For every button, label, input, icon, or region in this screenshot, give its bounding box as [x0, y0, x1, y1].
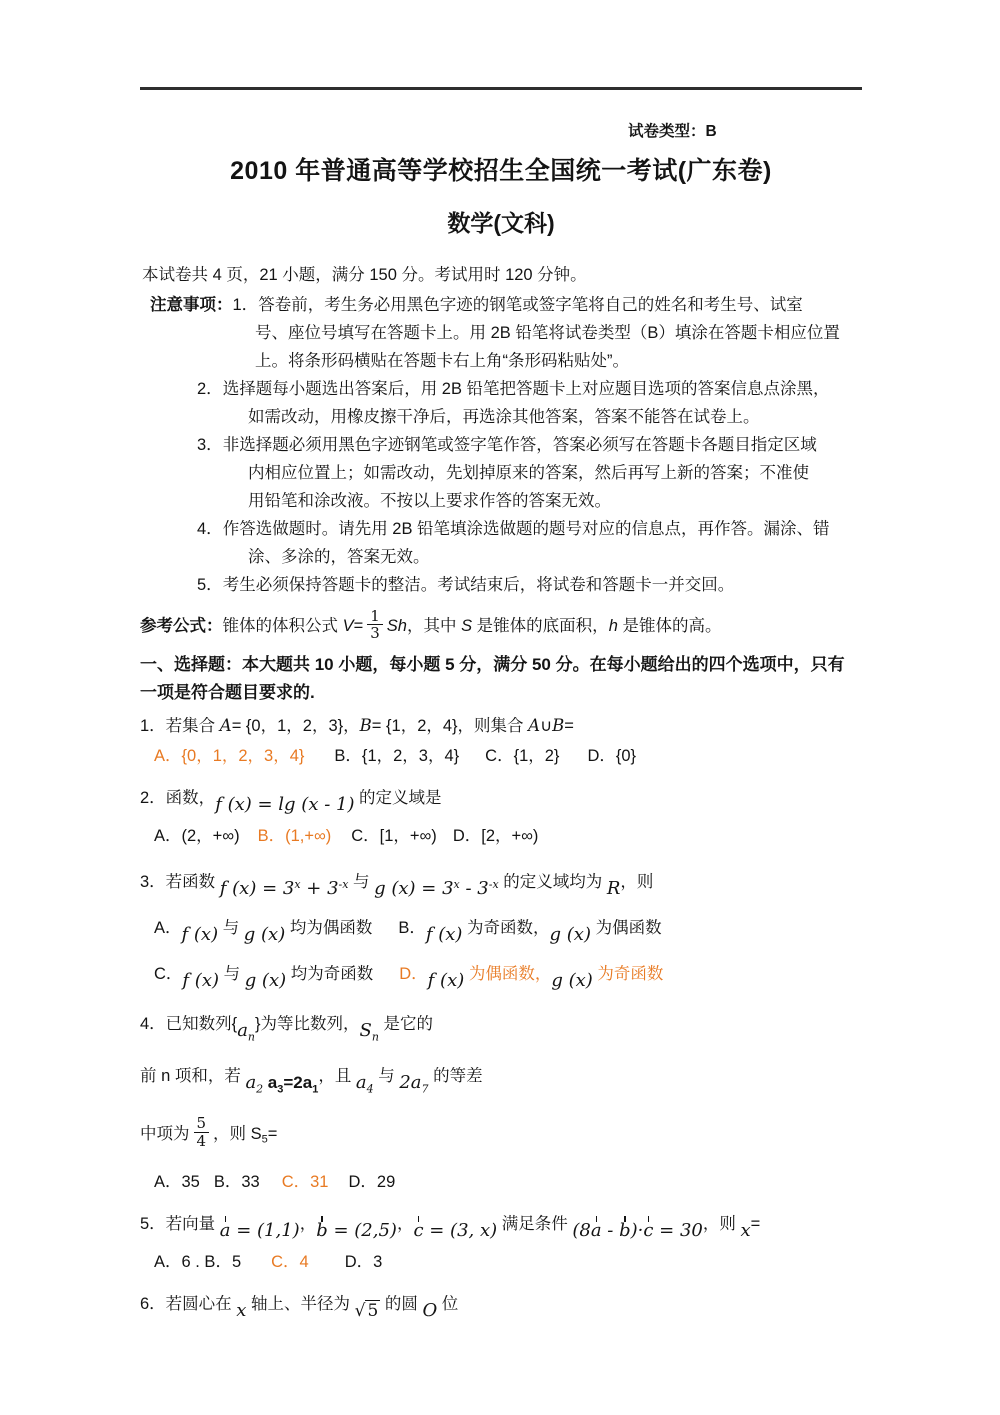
math-fragment: Sn [360, 1020, 379, 1041]
text-fragment: 满足条件 [497, 1215, 572, 1233]
notice-line: 5．考生必须保持答题卡的整洁。考试结束后，将试卷和答题卡一并交回。 [140, 571, 862, 599]
text-fragment: ，则 S5= [213, 1125, 277, 1143]
notice-label: 注意事项： [150, 296, 233, 314]
answer-highlight: D． [399, 965, 427, 983]
question-2: 2．函数，f (x) = lg (x - 1) 的定义域是A．(2，+∞)B．(… [140, 775, 862, 851]
options-row: A．35B．33C．31D．29 [140, 1167, 862, 1197]
notice-line: 4．作答选做题时。请先用 2B 铅笔填涂选做题的题号对应的信息点，再作答。漏涂、… [140, 515, 862, 543]
text-fragment: 为偶函数 [591, 919, 662, 937]
questions-section: 1．若集合 A= {0，1，2，3}，B= {1，2，4}，则集合 A∪B=A．… [140, 711, 862, 1327]
notice-text: 如需改动，用橡皮擦干净后，再选涂其他答案，答案不能答在试卷上。 [248, 408, 760, 426]
notice-line: 如需改动，用橡皮擦干净后，再选涂其他答案，答案不能答在试卷上。 [140, 403, 862, 431]
text-fragment: B． [398, 919, 426, 937]
answer-highlight: 为奇函数 [593, 965, 664, 983]
math-fragment: h [609, 617, 618, 635]
text-fragment: D．{0} [587, 747, 636, 765]
options-row: C．f (x) 与 g (x) 均为奇函数D．f (x) 为偶函数，g (x) … [140, 951, 862, 997]
math-fragment: a = (1,1) [220, 1220, 300, 1241]
notice-line: 用铅笔和涂改液。不按以上要求作答的答案无效。 [140, 487, 862, 515]
vector-arrow-icon: c [413, 1220, 423, 1241]
text-fragment: 轴上、半径为 [246, 1295, 354, 1313]
notice-text: 用铅笔和涂改液。不按以上要求作答的答案无效。 [248, 492, 611, 510]
math-fragment: 2a7 [399, 1072, 428, 1093]
answer-highlight: C．4 [271, 1253, 309, 1271]
math-fragment: x [236, 1300, 246, 1321]
text-fragment: D．[2，+∞) [453, 827, 539, 845]
math-fragment: B [552, 716, 564, 735]
math-fragment: a2 [245, 1072, 263, 1093]
text-fragment: 3．若函数 [140, 873, 220, 891]
math-fragment: a4 [356, 1072, 374, 1093]
text-fragment: = {0，1，2，3}， [232, 717, 360, 735]
question-line: 5．若向量 a = (1,1)，b = (2,5)，c = (3, x) 满足条… [140, 1201, 862, 1247]
fraction: 13 [367, 608, 383, 642]
fraction-numerator: 5 [194, 1115, 210, 1132]
math-fragment: g (x) [550, 924, 591, 945]
exam-document: 试卷类型：B 2010 年普通高等学校招生全国统一考试(广东卷) 数学(文科) … [0, 0, 1000, 1415]
text-fragment: 中项为 [140, 1125, 190, 1143]
math-fragment: A [528, 716, 540, 735]
text-fragment: D．3 [345, 1253, 383, 1271]
math-fragment: f (x) [428, 970, 465, 991]
text-fragment: 2．函数， [140, 789, 215, 807]
text-fragment: = {1，2，4}，则集合 [372, 717, 528, 735]
section-heading-line: 一、选择题：本大题共 10 小题，每小题 5 分，满分 50 分。在每小题给出的… [140, 651, 862, 679]
text-fragment: 5．若向量 [140, 1215, 220, 1233]
text-fragment: A．35 [154, 1173, 200, 1191]
notice-text: 作答选做题时。请先用 2B 铅笔填涂选做题的题号对应的信息点，再作答。漏涂、错 [223, 520, 830, 538]
notice-text: 选择题每小题选出答案后，用 2B 铅笔把答题卡上对应题目选项的答案信息点涂黑， [223, 380, 830, 398]
text-fragment: 均为偶函数 [285, 919, 372, 937]
text-fragment: 的圆 [380, 1295, 422, 1313]
text-fragment: 是锥体的高。 [618, 617, 722, 635]
text-fragment: 1．若集合 [140, 717, 220, 735]
text-fragment: ， [300, 1215, 317, 1233]
notice-text: 涂、多涂的，答案无效。 [248, 548, 430, 566]
vector-arrow-icon: b [619, 1220, 631, 1241]
text-fragment: = [751, 1215, 761, 1233]
notice-text: 上。将条形码横贴在答题卡右上角“条形码粘贴处”。 [255, 352, 629, 370]
question-line: 4．已知数列{an}为等比数列，Sn 是它的 [140, 1001, 862, 1053]
notice-line: 涂、多涂的，答案无效。 [140, 543, 862, 571]
text-fragment: C．[1，+∞) [351, 827, 437, 845]
math-fragment: A [220, 716, 232, 735]
bold-text: 参考公式： [140, 617, 223, 635]
notice-section: 注意事项：1．答卷前，考生务必用黑色字迹的钢笔或签字笔将自己的姓名和考生号、试室… [140, 291, 862, 599]
math-fragment: g (x) [245, 970, 286, 991]
text-fragment: C．{1，2} [485, 747, 559, 765]
text-fragment: 与 [348, 873, 374, 891]
text-fragment: ∪ [540, 717, 552, 735]
math-fragment: B [360, 716, 372, 735]
math-fragment: f (x) = 3x + 3-x [220, 878, 349, 899]
text-fragment: 的等差 [429, 1067, 483, 1085]
notice-item-number: 1． [233, 296, 259, 314]
text-fragment: 的定义域均为 [499, 873, 607, 891]
text-fragment: C． [154, 965, 182, 983]
text-fragment: ，则 [620, 873, 653, 891]
fraction-denominator: 4 [194, 1132, 210, 1150]
vector-arrow-icon: b [316, 1220, 328, 1241]
question-line: 3．若函数 f (x) = 3x + 3-x 与 g (x) = 3x - 3-… [140, 855, 862, 905]
text-fragment: D．29 [349, 1173, 396, 1191]
notice-line: 上。将条形码横贴在答题卡右上角“条形码粘贴处”。 [140, 347, 862, 375]
notice-text: 内相应位置上；如需改动，先划掉原来的答案，然后再写上新的答案；不准使 [248, 464, 809, 482]
question-line: 中项为54，则 S5= [140, 1106, 862, 1167]
math-fragment: S [461, 617, 472, 635]
answer-highlight: 为偶函数， [464, 965, 551, 983]
intro-line: 本试卷共 4 页，21 小题，满分 150 分。考试用时 120 分钟。 [142, 262, 862, 288]
text-fragment: 锥体的体积公式 [223, 617, 343, 635]
paper-type-label: 试卷类型：B [628, 119, 862, 141]
answer-highlight: B．(1,+∞) [258, 827, 332, 845]
question-4: 4．已知数列{an}为等比数列，Sn 是它的前 n 项和，若 a2 a3=2a1… [140, 1001, 862, 1197]
notice-item-number: 3． [197, 436, 223, 454]
vector-arrow-icon: c [643, 1220, 653, 1241]
notice-item-number: 2． [197, 380, 223, 398]
math-fragment: (8a - b)·c = 30 [572, 1220, 703, 1241]
text-fragment: B．33 [214, 1173, 260, 1191]
math-fragment: f (x) = lg (x - 1) [215, 794, 354, 815]
math-fragment: g (x) [551, 970, 592, 991]
section-heading: 一、选择题：本大题共 10 小题，每小题 5 分，满分 50 分。在每小题给出的… [140, 651, 862, 707]
text-fragment: 的定义域是 [354, 789, 441, 807]
square-root: √5 [355, 1301, 381, 1321]
options-row: A．f (x) 与 g (x) 均为偶函数B．f (x) 为奇函数，g (x) … [140, 905, 862, 951]
fraction: 54 [194, 1115, 210, 1149]
text-fragment: ， [397, 1215, 414, 1233]
notice-line: 内相应位置上；如需改动，先划掉原来的答案，然后再写上新的答案；不准使 [140, 459, 862, 487]
text-fragment: = [354, 617, 364, 635]
options-row: A．{0，1，2，3，4}B．{1，2，3，4}C．{1，2}D．{0} [140, 741, 862, 771]
text-fragment: 与 [219, 965, 245, 983]
math-fragment: f (x) [182, 970, 219, 991]
vector-arrow-icon: a [220, 1220, 231, 1241]
text-fragment: A．6 . B．5 [154, 1253, 241, 1271]
math-fragment: a3=2a1 [268, 1073, 319, 1092]
notice-text: 号、座位号填写在答题卡上。用 2B 铅笔将试卷类型（B）填涂在答题卡相应位置 [255, 324, 840, 342]
answer-highlight: A．{0，1，2，3，4} [154, 747, 304, 765]
question-3: 3．若函数 f (x) = 3x + 3-x 与 g (x) = 3x - 3-… [140, 855, 862, 997]
text-fragment: 位 [437, 1295, 458, 1313]
exam-sheet: 试卷类型：B 2010 年普通高等学校招生全国统一考试(广东卷) 数学(文科) … [0, 0, 1000, 1327]
math-fragment: g (x) = 3x - 3-x [374, 878, 499, 899]
text-fragment: 4．已知数列{ [140, 1015, 237, 1033]
notice-line: 2．选择题每小题选出答案后，用 2B 铅笔把答题卡上对应题目选项的答案信息点涂黑… [140, 375, 862, 403]
question-line: 6．若圆心在 x 轴上、半径为 √5 的圆 O 位 [140, 1281, 862, 1327]
text-fragment: ，则 [703, 1215, 741, 1233]
math-fragment: b = (2,5) [316, 1220, 397, 1241]
text-fragment: }为等比数列， [255, 1015, 360, 1033]
math-fragment: O [422, 1300, 437, 1321]
math-fragment: f (x) [426, 924, 463, 945]
notice-text: 答卷前，考生务必用黑色字迹的钢笔或签字笔将自己的姓名和考生号、试室 [258, 296, 803, 314]
notice-line: 号、座位号填写在答题卡上。用 2B 铅笔将试卷类型（B）填涂在答题卡相应位置 [140, 319, 862, 347]
options-row: A．(2，+∞)B．(1,+∞)C．[1，+∞)D．[2，+∞) [140, 821, 862, 851]
math-fragment: R [607, 878, 621, 899]
text-fragment: 6．若圆心在 [140, 1295, 236, 1313]
text-fragment: 均为奇函数 [286, 965, 373, 983]
notice-line: 3．非选择题必须用黑色字迹钢笔或签字笔作答，答案必须写在答题卡各题目指定区域 [140, 431, 862, 459]
reference-formula: 参考公式：锥体的体积公式 V=13Sh，其中 S 是锥体的底面积，h 是锥体的高… [140, 603, 862, 649]
text-fragment: = [564, 717, 574, 735]
math-fragment: c = (3, x) [413, 1220, 497, 1241]
fraction-numerator: 1 [367, 608, 383, 625]
answer-highlight: C．31 [282, 1173, 329, 1191]
notice-text: 考生必须保持答题卡的整洁。考试结束后，将试卷和答题卡一并交回。 [223, 576, 735, 594]
text-fragment: A． [154, 919, 182, 937]
math-fragment: V [343, 617, 354, 635]
fraction-denominator: 3 [367, 624, 383, 642]
math-fragment: x [740, 1220, 750, 1241]
page-subtitle: 数学(文科) [140, 205, 862, 238]
text-fragment: A．(2，+∞) [154, 827, 240, 845]
question-line: 2．函数，f (x) = lg (x - 1) 的定义域是 [140, 775, 862, 821]
top-rule [140, 87, 862, 90]
notice-item-number: 5． [197, 576, 223, 594]
math-fragment: an [237, 1020, 255, 1041]
notice-line: 注意事项：1．答卷前，考生务必用黑色字迹的钢笔或签字笔将自己的姓名和考生号、试室 [140, 291, 862, 319]
text-fragment: 是它的 [379, 1015, 433, 1033]
math-fragment: Sh [387, 617, 407, 635]
text-fragment: ，其中 [407, 617, 461, 635]
math-fragment: f (x) [182, 924, 219, 945]
radicand: 5 [365, 1300, 380, 1321]
text-fragment: 与 [374, 1067, 400, 1085]
question-5: 5．若向量 a = (1,1)，b = (2,5)，c = (3, x) 满足条… [140, 1201, 862, 1277]
question-line: 前 n 项和，若 a2 a3=2a1，且 a4 与 2a7 的等差 [140, 1053, 862, 1105]
math-fragment: g (x) [244, 924, 285, 945]
options-row: A．6 . B．5C．4D．3 [140, 1247, 862, 1277]
question-1: 1．若集合 A= {0，1，2，3}，B= {1，2，4}，则集合 A∪B=A．… [140, 711, 862, 771]
question-6: 6．若圆心在 x 轴上、半径为 √5 的圆 O 位 [140, 1281, 862, 1327]
text-fragment: 与 [218, 919, 244, 937]
text-fragment: 为奇函数， [462, 919, 549, 937]
page-title: 2010 年普通高等学校招生全国统一考试(广东卷) [140, 151, 862, 187]
text-fragment: 是锥体的底面积， [472, 617, 609, 635]
text-fragment: B．{1，2，3，4} [334, 747, 459, 765]
section-heading-line: 一项是符合题目要求的. [140, 679, 862, 707]
vector-arrow-icon: a [591, 1220, 602, 1241]
text-fragment: ，且 [318, 1067, 356, 1085]
question-line: 1．若集合 A= {0，1，2，3}，B= {1，2，4}，则集合 A∪B= [140, 711, 862, 741]
text-fragment: 前 n 项和，若 [140, 1067, 245, 1085]
notice-item-number: 4． [197, 520, 223, 538]
notice-text: 非选择题必须用黑色字迹钢笔或签字笔作答，答案必须写在答题卡各题目指定区域 [223, 436, 817, 454]
